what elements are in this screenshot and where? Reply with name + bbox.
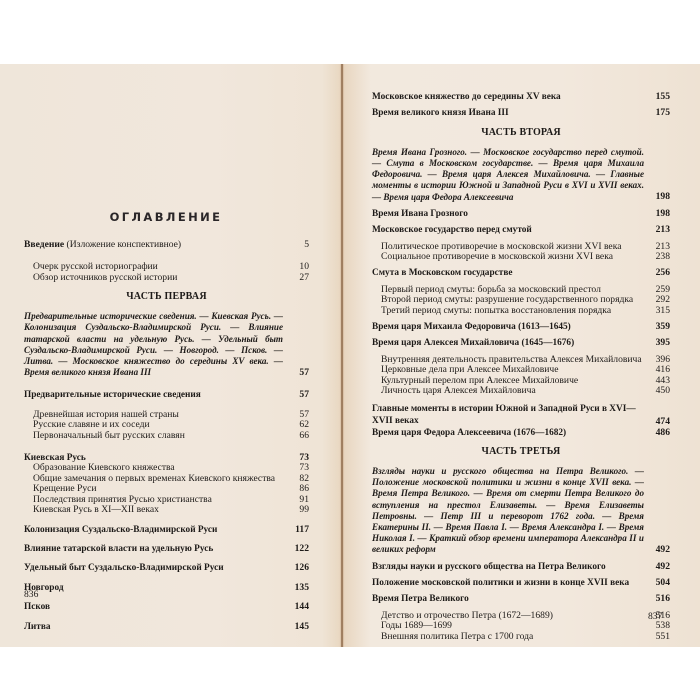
toc-chapter[interactable]: Взгляды науки и русского общества на Пет… (372, 562, 670, 572)
toc-chapter[interactable]: Время Петра Великого516 (372, 594, 670, 604)
chapter-label: Московское государство перед смутой (372, 225, 652, 235)
chapter-label: Новгород (24, 583, 291, 593)
right-page: Московское княжество до середины XV века… (343, 64, 700, 647)
toc-chapter[interactable]: Положение московской политики и жизни в … (372, 578, 670, 588)
summary-text: Время Ивана Грозного. — Московское госуд… (372, 147, 652, 203)
page-number: 395 (652, 338, 670, 348)
chapter-label: Литва (24, 622, 291, 632)
left-toc-entries: Введение (Изложение конспективное) 5 Оче… (24, 240, 309, 632)
toc-chapter[interactable]: Смута в Московском государстве256 (372, 268, 670, 278)
part-one-title: ЧАСТЬ ПЕРВАЯ (24, 291, 309, 302)
page-number: 486 (652, 428, 670, 438)
entry-label: Третий период смуты: попытка восстановле… (372, 306, 652, 316)
page-number: 144 (291, 602, 309, 612)
page-number: 213 (652, 225, 670, 235)
page-number: 155 (652, 92, 670, 102)
toc-chapter[interactable]: Время великого князя Ивана III175 (372, 108, 670, 118)
toc-entry[interactable]: Личность царя Алексея Михайловича450 (372, 386, 670, 396)
page-number: 504 (652, 578, 670, 588)
page-number: 135 (291, 583, 309, 593)
page-number: 492 (652, 545, 670, 555)
toc-chapter[interactable]: Московское государство перед смутой213 (372, 225, 670, 235)
part-three-title: ЧАСТЬ ТРЕТЬЯ (372, 446, 670, 457)
summary-text: Взгляды науки и русского общества на Пет… (372, 466, 652, 556)
page-number: 492 (652, 562, 670, 572)
toc-chapter[interactable]: Время царя Алексея Михайловича (1645—167… (372, 338, 670, 348)
page-number: 551 (652, 632, 670, 642)
toc-entry[interactable]: Киевская Русь в XI—XII веках99 (24, 505, 309, 515)
page-number: 117 (291, 525, 309, 535)
toc-entry[interactable]: Третий период смуты: попытка восстановле… (372, 306, 670, 316)
toc-entry[interactable]: Первоначальный быт русских славян66 (24, 431, 309, 441)
toc-entry[interactable]: Социальное противоречие в московской жиз… (372, 252, 670, 262)
chapter-label: Время царя Михаила Федоровича (1613—1645… (372, 322, 652, 332)
page-number: 5 (291, 240, 309, 250)
chapter-label: Положение московской политики и жизни в … (372, 578, 652, 588)
page-number: 99 (291, 505, 309, 515)
toc-chapter[interactable]: Колонизация Суздальско-Владимирской Руси… (24, 525, 309, 535)
toc-chapter[interactable]: Влияние татарской власти на удельную Рус… (24, 544, 309, 554)
chapter-label: Колонизация Суздальско-Владимирской Руси (24, 525, 291, 535)
toc-chapter[interactable]: Псков144 (24, 602, 309, 612)
entry-label: Личность царя Алексея Михайловича (372, 386, 652, 396)
part-two-title: ЧАСТЬ ВТОРАЯ (372, 127, 670, 138)
entry-label: Первоначальный быт русских славян (24, 431, 291, 441)
part-two-summary[interactable]: Время Ивана Грозного. — Московское госуд… (372, 147, 670, 203)
page-number: 66 (291, 431, 309, 441)
entry-label: Обзор источников русской истории (24, 273, 291, 283)
entry-label: Внешняя политика Петра с 1700 года (372, 632, 652, 642)
chapter-label: Время Ивана Грозного (372, 209, 652, 219)
page-number: 198 (652, 192, 670, 202)
chapter-label: Псков (24, 602, 291, 612)
page-number: 145 (291, 622, 309, 632)
toc-title: ОГЛАВЛЕНИЕ (24, 210, 308, 224)
toc-entry[interactable]: Обзор источников русской истории27 (24, 273, 309, 283)
page-number: 474 (652, 417, 670, 427)
chapter-label: Время царя Алексея Михайловича (1645—167… (372, 338, 652, 348)
page-number: 126 (291, 563, 309, 573)
toc-chapter[interactable]: Удельный быт Суздальско-Владимирской Рус… (24, 563, 309, 573)
part-three-summary[interactable]: Взгляды науки и русского общества на Пет… (372, 466, 670, 556)
toc-entry[interactable]: Внешняя политика Петра с 1700 года551 (372, 632, 670, 642)
intro-label-rest: (Изложение конспективное) (64, 239, 181, 250)
toc-entry-introduction[interactable]: Введение (Изложение конспективное) 5 (24, 240, 309, 250)
intro-label-bold: Введение (24, 239, 64, 250)
page-number: 516 (652, 594, 670, 604)
entry-label: Киевская Русь в XI—XII веках (24, 505, 291, 515)
page-folio-left: 836 (24, 589, 38, 600)
toc-chapter[interactable]: Новгород135 (24, 583, 309, 593)
page-number: 315 (652, 306, 670, 316)
page-number: 175 (652, 108, 670, 118)
page-number: 198 (652, 209, 670, 219)
entry-label: Социальное противоречие в московской жиз… (372, 252, 652, 262)
page-number: 57 (291, 390, 309, 400)
right-toc-entries: Московское княжество до середины XV века… (372, 92, 670, 642)
part-one-summary[interactable]: Предварительные исторические сведения. —… (24, 311, 309, 378)
chapter-label: Время великого князя Ивана III (372, 108, 652, 118)
page-number: 122 (291, 544, 309, 554)
page-number: 238 (652, 252, 670, 262)
toc-chapter[interactable]: Московское княжество до середины XV века… (372, 92, 670, 102)
page-number: 57 (291, 368, 309, 378)
chapter-label: Главные моменты в истории Южной и Западн… (372, 403, 652, 428)
toc-chapter[interactable]: Время царя Федора Алексеевича (1676—1682… (372, 428, 670, 438)
toc-chapter[interactable]: Предварительные исторические сведения57 (24, 390, 309, 400)
toc-chapter[interactable]: Главные моменты в истории Южной и Западн… (372, 403, 670, 428)
page-number: 27 (291, 273, 309, 283)
chapter-label: Время царя Федора Алексеевича (1676—1682… (372, 428, 652, 438)
chapter-label: Взгляды науки и русского общества на Пет… (372, 562, 652, 572)
chapter-label: Смута в Московском государстве (372, 268, 652, 278)
page-folio-right: 837 (648, 611, 662, 622)
page-number: 450 (652, 386, 670, 396)
page-number: 359 (652, 322, 670, 332)
page-number: 256 (652, 268, 670, 278)
chapter-label: Влияние татарской власти на удельную Рус… (24, 544, 291, 554)
chapter-label: Предварительные исторические сведения (24, 390, 291, 400)
chapter-label: Удельный быт Суздальско-Владимирской Рус… (24, 563, 291, 573)
chapter-label: Время Петра Великого (372, 594, 652, 604)
toc-chapter[interactable]: Время Ивана Грозного198 (372, 209, 670, 219)
open-book: ОГЛАВЛЕНИЕ Введение (Изложение конспекти… (0, 64, 700, 647)
toc-chapter[interactable]: Литва145 (24, 622, 309, 632)
toc-chapter[interactable]: Время царя Михаила Федоровича (1613—1645… (372, 322, 670, 332)
left-page: ОГЛАВЛЕНИЕ Введение (Изложение конспекти… (0, 64, 341, 647)
chapter-label: Московское княжество до середины XV века (372, 92, 652, 102)
summary-text: Предварительные исторические сведения. —… (24, 311, 291, 378)
